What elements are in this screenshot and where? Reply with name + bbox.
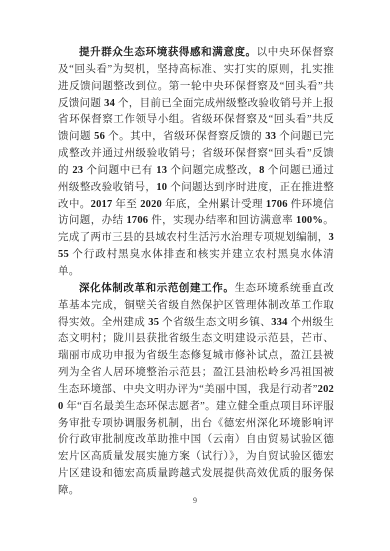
- emphasized-number: 33: [265, 131, 276, 142]
- emphasized-number: 13: [156, 165, 167, 176]
- paragraph-text: 个行政村黑臭水体排查和核实并建立农村黑臭水体清单。: [58, 249, 334, 277]
- emphasized-number: 34: [104, 98, 115, 109]
- paragraph-text: 年至: [112, 199, 140, 210]
- paragraph: 提升群众生态环境获得感和满意度。以中央环保督察及“回头看”为契机，坚持高标准、实…: [58, 45, 334, 281]
- emphasized-number: 1706: [266, 199, 288, 210]
- paragraph-text: 个省级生态文明乡镇、: [159, 317, 271, 328]
- page-number: 9: [0, 496, 390, 505]
- emphasized-number: 100%: [296, 215, 323, 226]
- emphasized-number: 35: [148, 317, 159, 328]
- paragraph-text: 件，实现办结率和回访满意率: [148, 215, 296, 226]
- paragraph-lead: 提升群众生态环境获得感和满意度。: [79, 47, 257, 58]
- paragraph-text: 个。其中，省级环保督察反馈的: [105, 131, 265, 142]
- emphasized-number: 1706: [126, 215, 148, 226]
- paragraph: 深化体制改革和示范创建工作。生态环境系统垂直改革基本完成，铜壁关省级自然保护区管…: [58, 281, 334, 500]
- content: 提升群众生态环境获得感和满意度。以中央环保督察及“回头看”为契机，坚持高标准、实…: [58, 45, 334, 500]
- emphasized-number: 23: [72, 165, 83, 176]
- paragraph-text: 个问题中已有: [83, 165, 156, 176]
- paragraph-text: 个州级生态文明村；陇川县获批省级生态文明建设示范县，芒市、瑞丽市成功申报为省级生…: [58, 317, 334, 395]
- paragraph-text: 年“百名最美生态环保志愿者”。建立健全重点项目环评服务审批专项协调服务机制，出台…: [58, 401, 334, 496]
- emphasized-number: 2020: [140, 199, 162, 210]
- emphasized-number: 10: [156, 182, 167, 193]
- document-page: 提升群众生态环境获得感和满意度。以中央环保督察及“回头看”为契机，坚持高标准、实…: [0, 0, 390, 551]
- emphasized-number: 2017: [91, 199, 113, 210]
- emphasized-number: 56: [94, 131, 105, 142]
- paragraph-text: 个问题完成整改，: [167, 165, 259, 176]
- paragraph-text: 年底，全州累计受理: [162, 199, 266, 210]
- emphasized-number: 334: [271, 317, 287, 328]
- paragraph-lead: 深化体制改革和示范创建工作。: [79, 283, 234, 294]
